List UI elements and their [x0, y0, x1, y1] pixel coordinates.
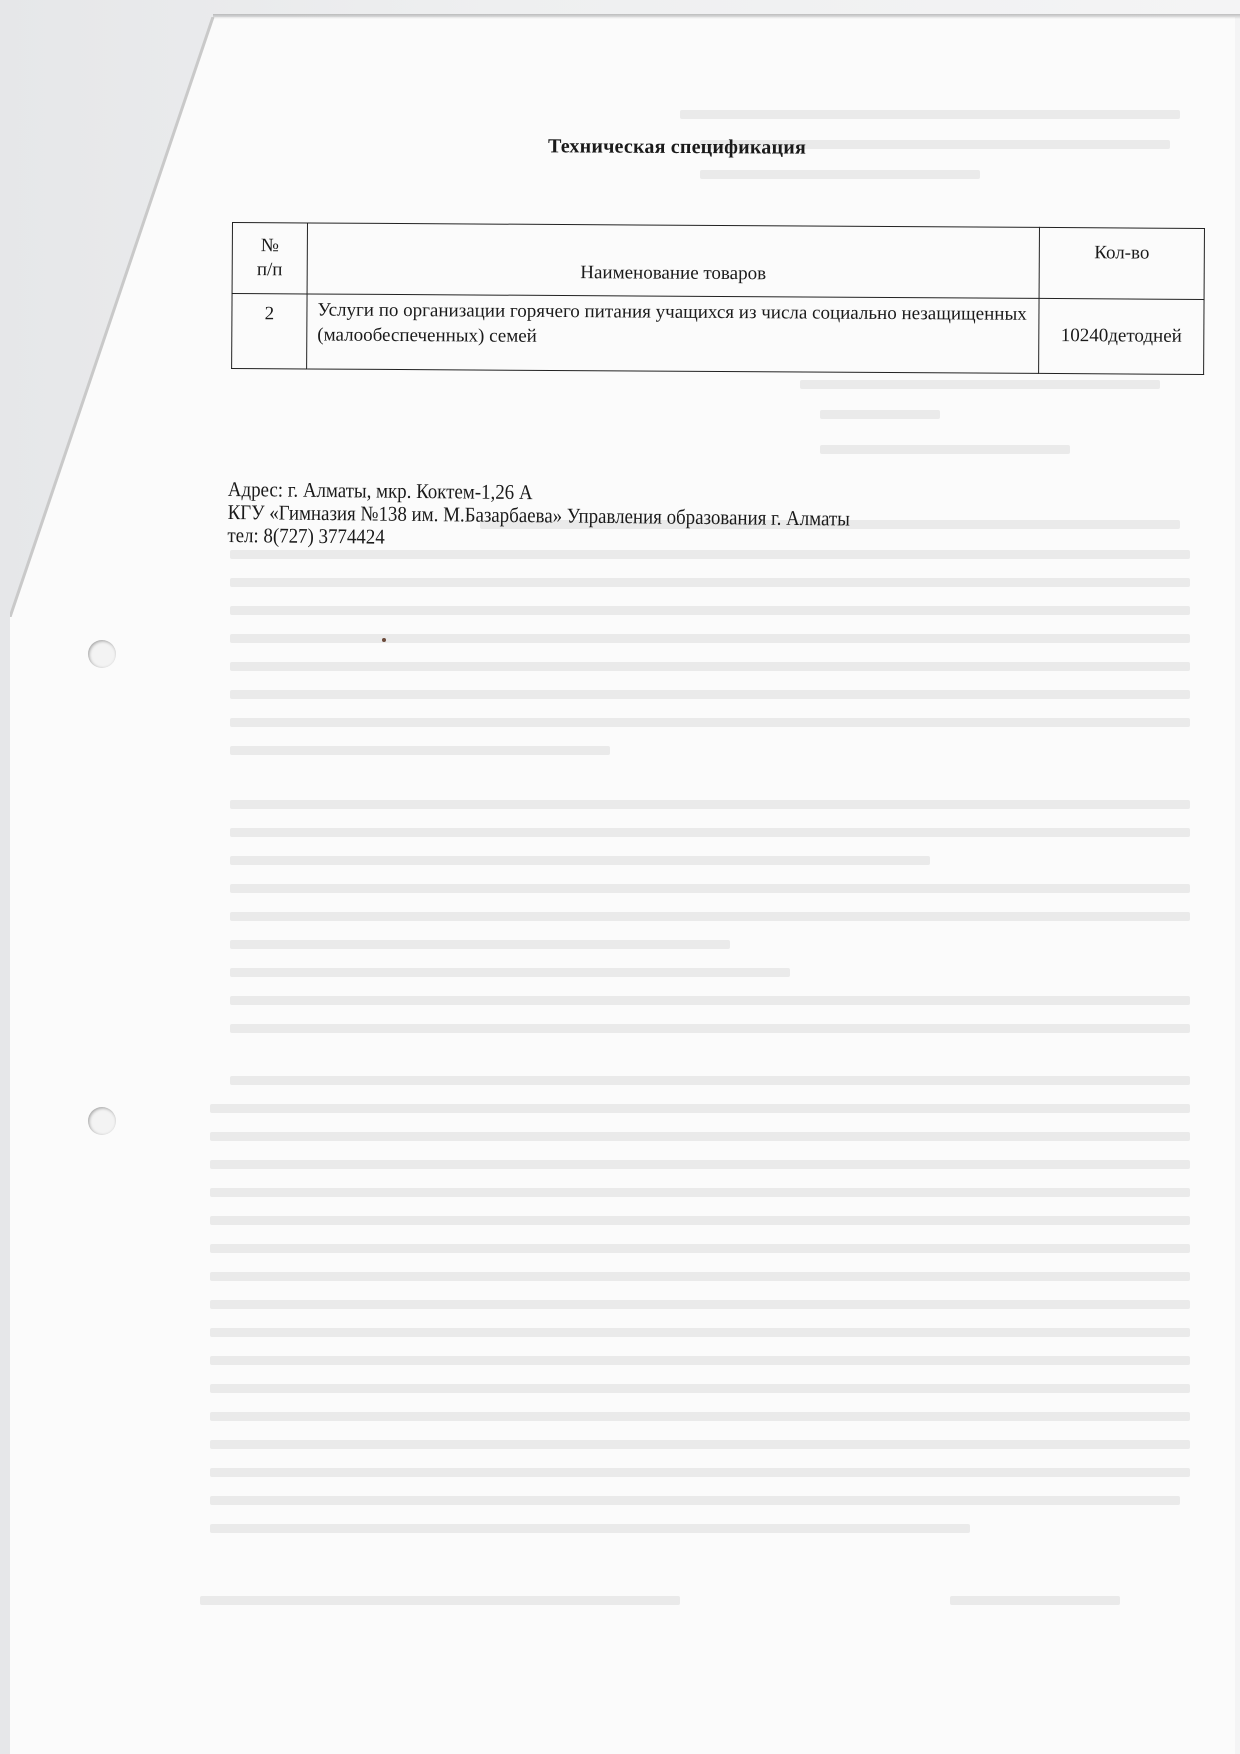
specification-table: №п/п Наименование товаров Кол-во 2 Услуг… [231, 222, 1205, 375]
ink-speck [382, 638, 386, 642]
row-quantity: 10240детодней [1039, 298, 1204, 374]
row-number: 2 [232, 294, 307, 369]
table-header-row: №п/п Наименование товаров Кол-во [232, 223, 1204, 300]
address-block: Адрес: г. Алматы, мкр. Коктем-1,26 А КГУ… [227, 478, 919, 555]
document-page: Техническая спецификация №п/п Наименован… [0, 0, 1240, 1754]
row-name: Услуги по организации горячего питания у… [307, 294, 1039, 373]
page-title: Техническая спецификация [548, 135, 806, 159]
header-quantity: Кол-во [1039, 227, 1204, 299]
header-name: Наименование товаров [307, 223, 1039, 298]
header-number: №п/п [232, 223, 307, 294]
